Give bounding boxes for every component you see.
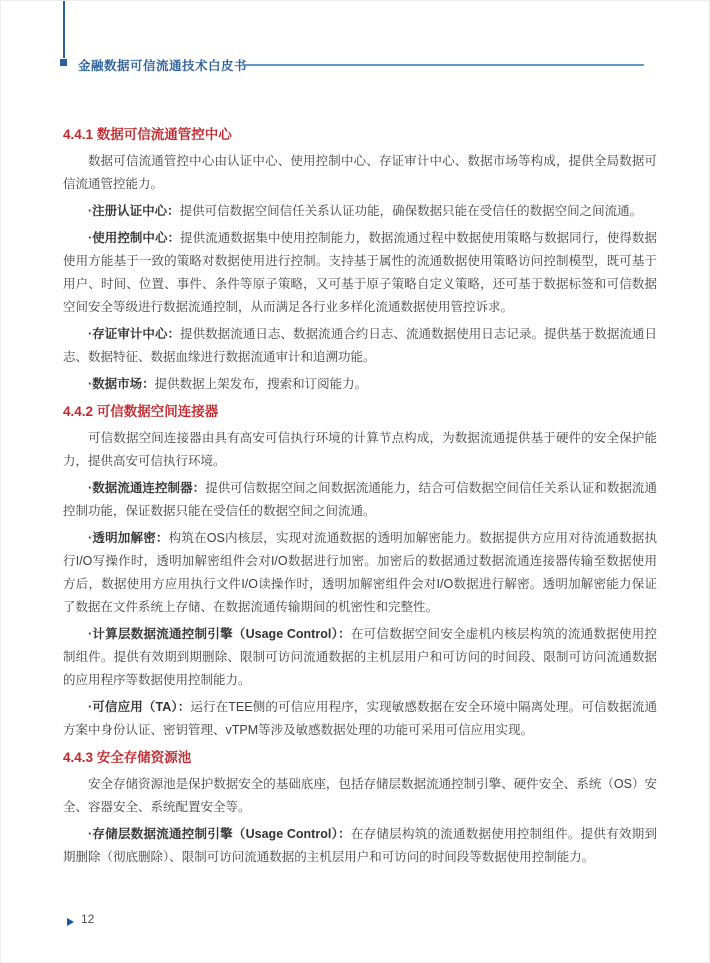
paragraph: 可信数据空间连接器由具有高安可信执行环境的计算节点构成，为数据流通提供基于硬件的… [63,427,657,473]
bullet-item: ·数据流通连控制器：提供可信数据空间之间数据流通能力，结合可信数据空间信任关系认… [63,477,657,523]
bullet-label: ·计算层数据流通控制引擎（Usage Control）： [88,627,351,641]
bullet-label: ·使用控制中心： [88,231,180,245]
bullet-item: ·使用控制中心：提供流通数据集中使用控制能力，数据流通过程中数据使用策略与数据同… [63,227,657,319]
bullet-label: ·数据流通连控制器： [88,481,205,495]
bullet-item: ·存证审计中心：提供数据流通日志、数据流通合约日志、流通数据使用日志记录。提供基… [63,323,657,369]
bullet-item: ·注册认证中心：提供可信数据空间信任关系认证功能，确保数据只能在受信任的数据空间… [63,200,657,223]
bullet-label: ·数据市场： [88,377,155,391]
bullet-label: ·注册认证中心： [88,204,180,218]
paragraph: 数据可信流通管控中心由认证中心、使用控制中心、存证审计中心、数据市场等构成，提供… [63,150,657,196]
header-vertical-rule [63,1,65,58]
bullet-label: ·可信应用（TA）： [88,700,190,714]
document-content: 4.4.1 数据可信流通管控中心 数据可信流通管控中心由认证中心、使用控制中心、… [63,119,657,873]
header-horizontal-rule [242,64,644,66]
paragraph-text: 数据可信流通管控中心由认证中心、使用控制中心、存证审计中心、数据市场等构成，提供… [63,154,657,191]
header-title: 金融数据可信流通技术白皮书 [78,56,247,74]
square-bullet-icon [60,59,67,66]
bullet-label: ·存证审计中心： [88,327,180,341]
triangle-right-icon [67,918,74,926]
bullet-item: ·存储层数据流通控制引擎（Usage Control）：在存储层构筑的流通数据使… [63,823,657,869]
page-number: 12 [81,912,94,926]
bullet-label: ·透明加解密： [88,531,169,545]
document-page: 金融数据可信流通技术白皮书 4.4.1 数据可信流通管控中心 数据可信流通管控中… [0,0,710,963]
bullet-item: ·计算层数据流通控制引擎（Usage Control）：在可信数据空间安全虚机内… [63,623,657,692]
section-heading-4-4-3: 4.4.3 安全存储资源池 [63,748,657,768]
paragraph: 安全存储资源池是保护数据安全的基础底座，包括存储层数据流通控制引擎、硬件安全、系… [63,773,657,819]
paragraph-text: 安全存储资源池是保护数据安全的基础底座，包括存储层数据流通控制引擎、硬件安全、系… [63,777,657,814]
bullet-label: ·存储层数据流通控制引擎（Usage Control）： [88,827,351,841]
bullet-item: ·数据市场：提供数据上架发布，搜索和订阅能力。 [63,373,657,396]
bullet-item: ·可信应用（TA）：运行在TEE侧的可信应用程序，实现敏感数据在安全环境中隔离处… [63,696,657,742]
bullet-text: 提供可信数据空间信任关系认证功能，确保数据只能在受信任的数据空间之间流通。 [180,204,643,218]
bullet-item: ·透明加解密：构筑在OS内核层，实现对流通数据的透明加解密能力。数据提供方应用对… [63,527,657,619]
section-heading-4-4-2: 4.4.2 可信数据空间连接器 [63,402,657,422]
section-heading-4-4-1: 4.4.1 数据可信流通管控中心 [63,125,657,145]
paragraph-text: 可信数据空间连接器由具有高安可信执行环境的计算节点构成，为数据流通提供基于硬件的… [63,431,657,468]
bullet-text: 提供数据上架发布，搜索和订阅能力。 [155,377,368,391]
